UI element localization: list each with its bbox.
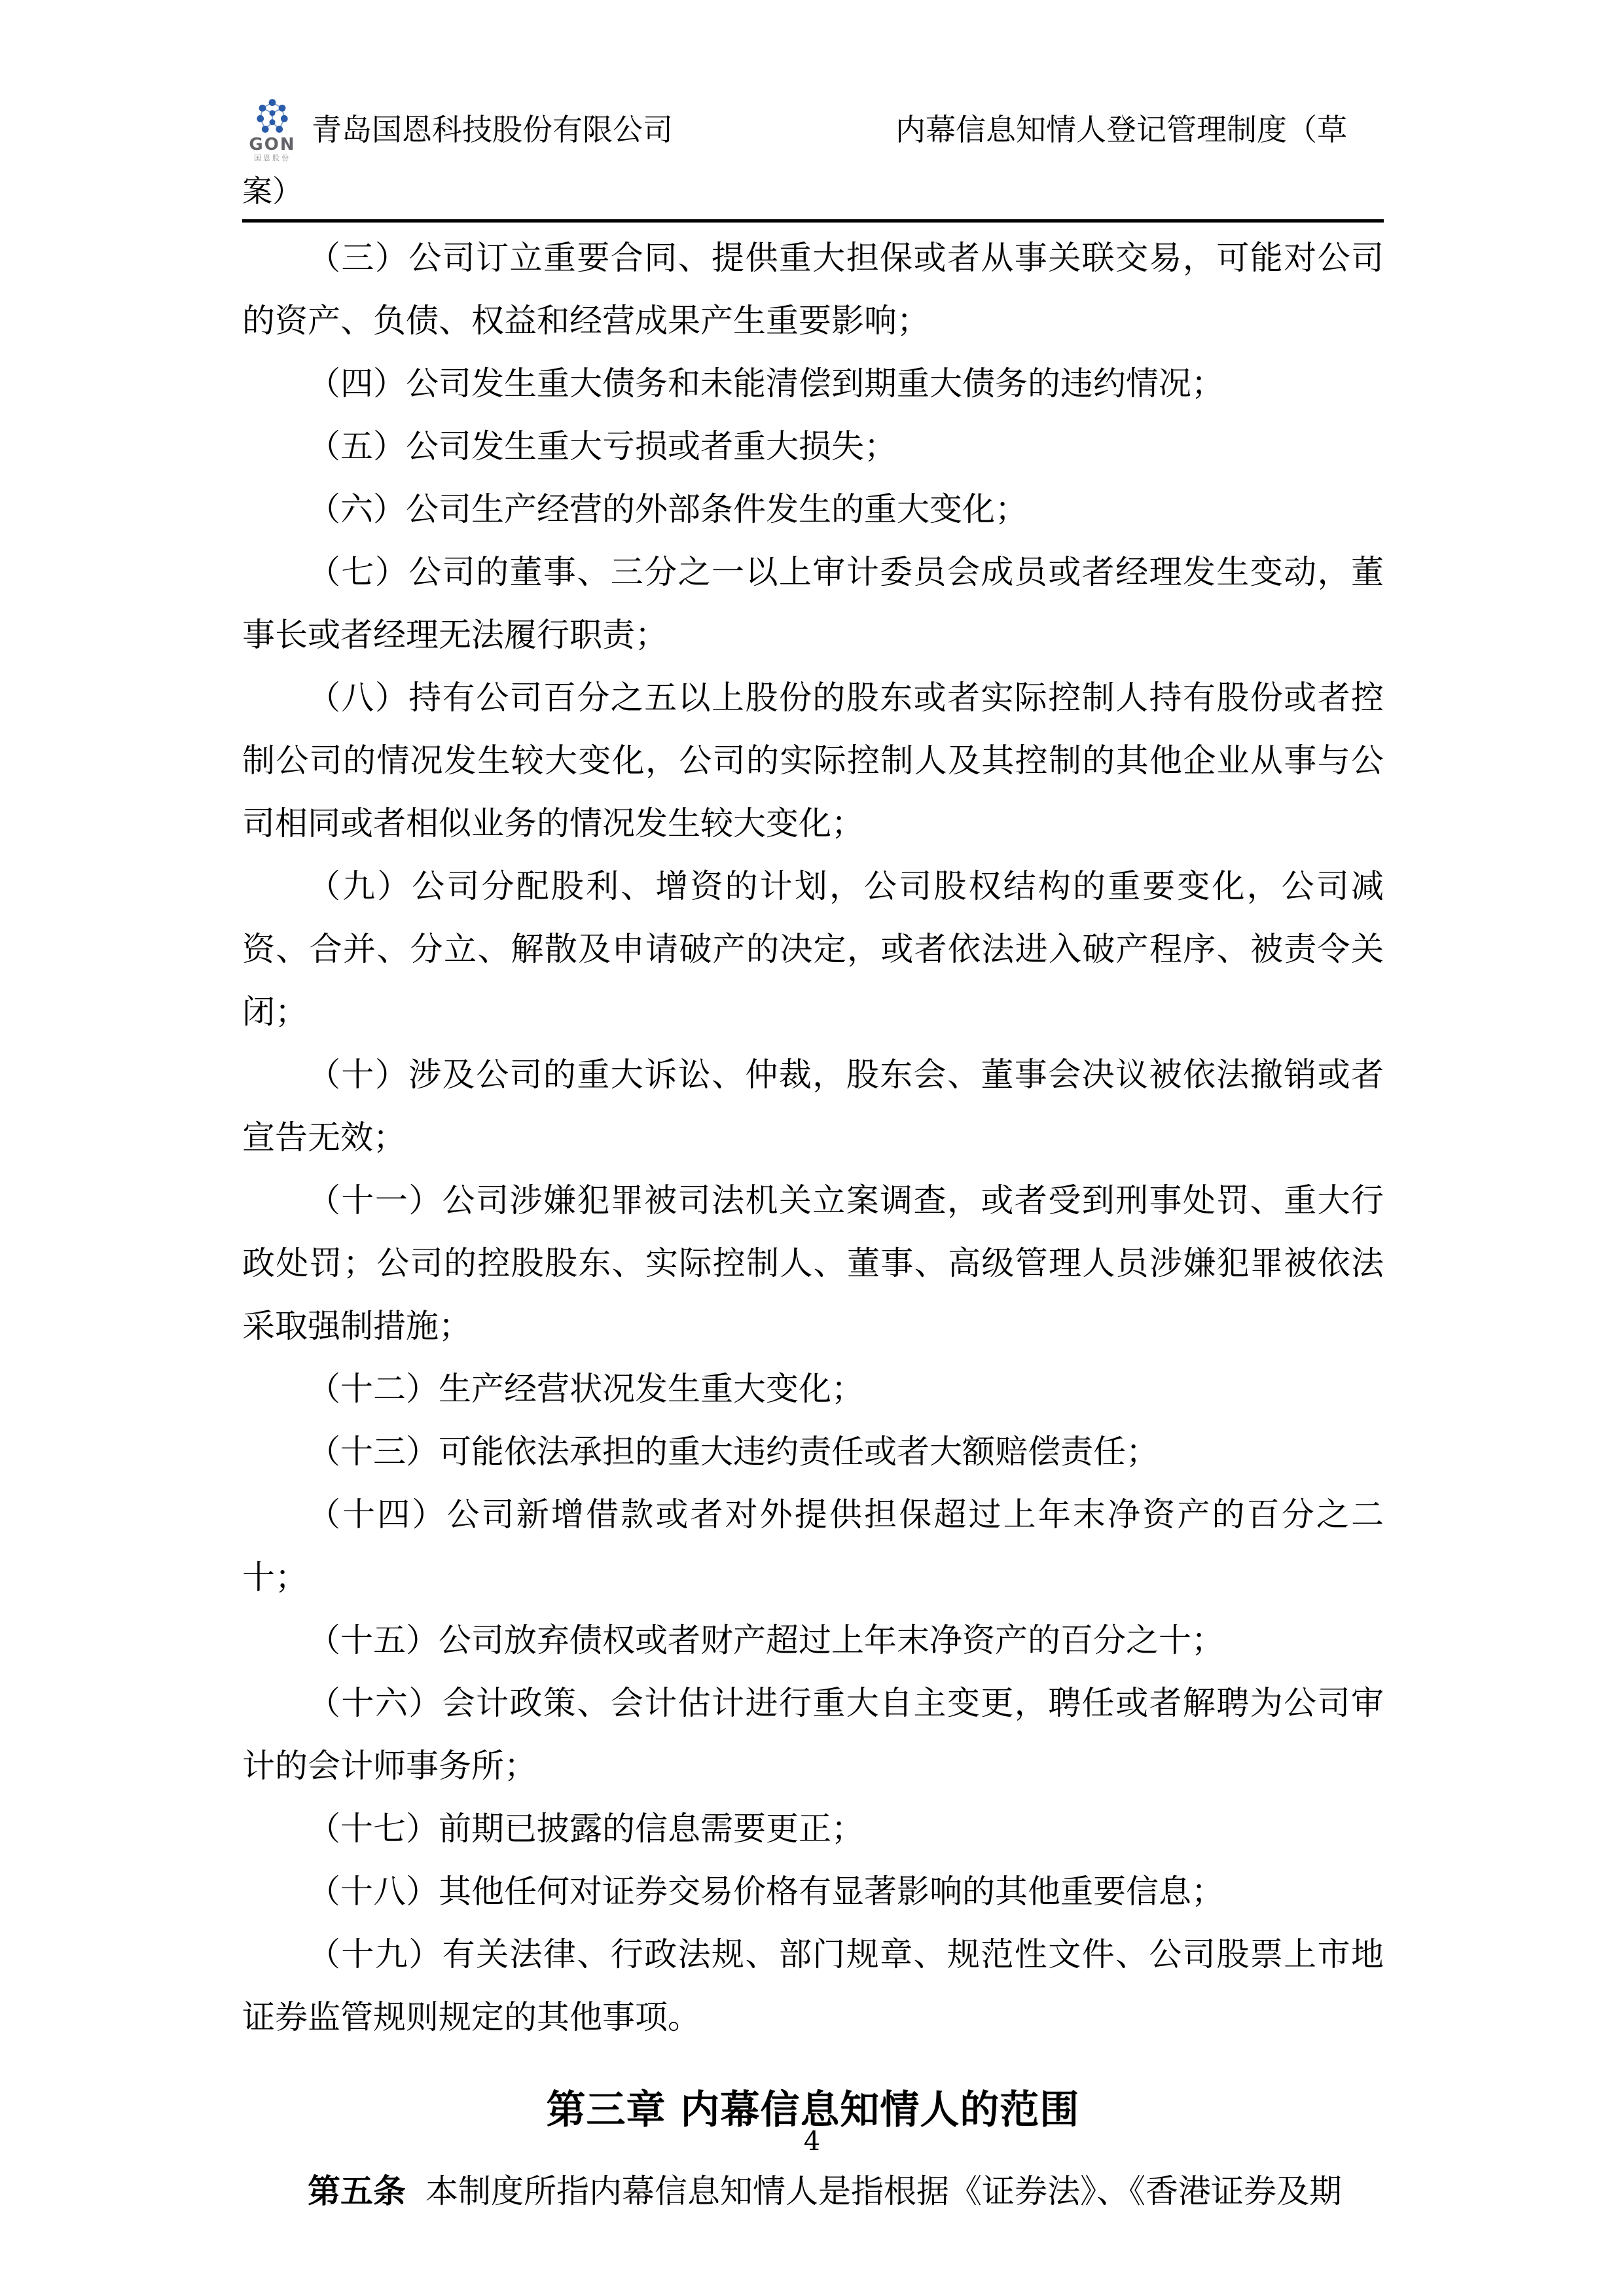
body-paragraph: （十三）可能依法承担的重大违约责任或者大额赔偿责任；: [242, 1420, 1384, 1483]
body-paragraph: （三）公司订立重要合同、提供重大担保或者从事关联交易，可能对公司的资产、负债、权…: [242, 226, 1384, 352]
article-paragraph: 第五条本制度所指内幕信息知情人是指根据《证券法》、《香港证券及期: [242, 2160, 1384, 2223]
clause-list: （三）公司订立重要合同、提供重大担保或者从事关联交易，可能对公司的资产、负债、权…: [242, 226, 1384, 2049]
logo-caption-text: 国恩股份: [254, 153, 291, 163]
page-number: 4: [0, 2126, 1624, 2157]
body-paragraph: （十六）会计政策、会计估计进行重大自主变更，聘任或者解聘为公司审计的会计师事务所…: [242, 1672, 1384, 1797]
body-paragraph: （十二）生产经营状况发生重大变化；: [242, 1357, 1384, 1420]
body-paragraph: （四）公司发生重大债务和未能清偿到期重大债务的违约情况；: [242, 352, 1384, 415]
body-paragraph: （十四）公司新增借款或者对外提供担保超过上年末净资产的百分之二十；: [242, 1483, 1384, 1609]
body-paragraph: （十七）前期已披露的信息需要更正；: [242, 1797, 1384, 1860]
body-paragraph: （九）公司分配股利、增资的计划，公司股权结构的重要变化，公司减资、合并、分立、解…: [242, 855, 1384, 1043]
body-paragraph: （十九）有关法律、行政法规、部门规章、规范性文件、公司股票上市地证券监管规则规定…: [242, 1923, 1384, 2049]
company-logo: GON 国恩股份: [242, 97, 302, 163]
document-title: 内幕信息知情人登记管理制度（草: [895, 112, 1384, 148]
body-text: （三）公司订立重要合同、提供重大担保或者从事关联交易，可能对公司的资产、负债、权…: [242, 223, 1384, 2223]
body-paragraph: （十八）其他任何对证券交易价格有显著影响的其他重要信息；: [242, 1860, 1384, 1923]
page-header: GON 国恩股份 青岛国恩科技股份有限公司 内幕信息知情人登记管理制度（草 案）: [242, 97, 1384, 223]
body-paragraph: （八）持有公司百分之五以上股份的股东或者实际控制人持有股份或者控制公司的情况发生…: [242, 666, 1384, 855]
document-page: GON 国恩股份 青岛国恩科技股份有限公司 内幕信息知情人登记管理制度（草 案）…: [0, 0, 1624, 2296]
header-line-1: GON 国恩股份 青岛国恩科技股份有限公司 内幕信息知情人登记管理制度（草: [242, 97, 1384, 163]
molecule-logo-icon: [250, 97, 295, 137]
body-paragraph: （十）涉及公司的重大诉讼、仲裁，股东会、董事会决议被依法撤销或者宣告无效；: [242, 1043, 1384, 1169]
page-content: GON 国恩股份 青岛国恩科技股份有限公司 内幕信息知情人登记管理制度（草 案）…: [242, 97, 1384, 2255]
article-text: 本制度所指内幕信息知情人是指根据《证券法》、《香港证券及期: [425, 2172, 1342, 2210]
company-name: 青岛国恩科技股份有限公司: [312, 112, 673, 148]
logo-brand-text: GON: [249, 136, 295, 153]
body-paragraph: （十一）公司涉嫌犯罪被司法机关立案调查，或者受到刑事处罚、重大行政处罚；公司的控…: [242, 1169, 1384, 1357]
body-paragraph: （六）公司生产经营的外部条件发生的重大变化；: [242, 478, 1384, 541]
body-paragraph: （十五）公司放弃债权或者财产超过上年末净资产的百分之十；: [242, 1609, 1384, 1672]
body-paragraph: （五）公司发生重大亏损或者重大损失；: [242, 415, 1384, 478]
article-label: 第五条: [308, 2172, 406, 2210]
body-paragraph: （七）公司的董事、三分之一以上审计委员会成员或者经理发生变动，董事长或者经理无法…: [242, 541, 1384, 666]
document-title-wrapped: 案）: [242, 172, 1384, 211]
